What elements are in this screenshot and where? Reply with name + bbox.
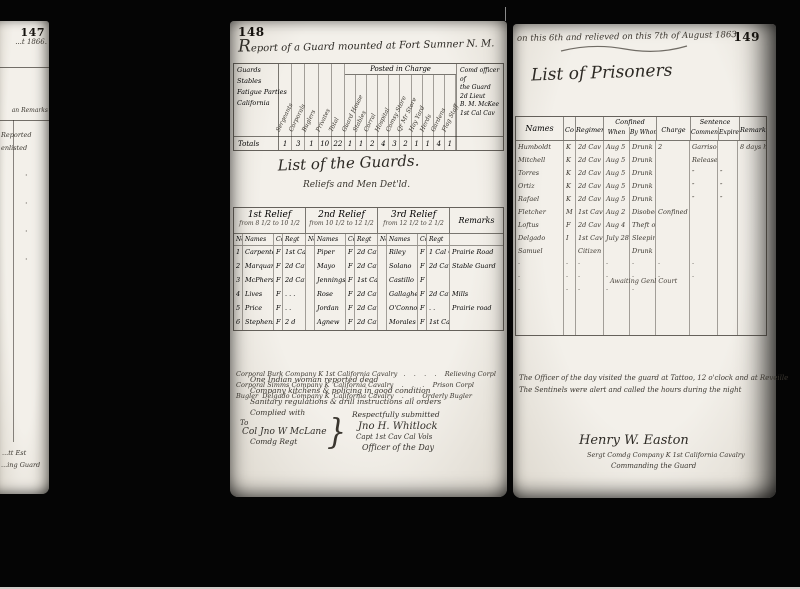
guard-name: O'Connor: [387, 302, 418, 316]
addressee-block: To Col Jno W McLane Comdg Regt: [242, 419, 327, 446]
guard-name: Gallagher: [387, 288, 418, 302]
guard-regt: 2d Cav: [427, 288, 450, 302]
guard-name: Stephens: [243, 316, 274, 330]
guard-regt: [427, 274, 450, 288]
guard-name: Carpenter: [243, 246, 274, 260]
guard-commander-signature: Henry W. Easton: [579, 433, 689, 448]
prisoner-name: ·: [516, 284, 564, 297]
prisoner-remark: [738, 284, 766, 297]
post-column: Comsy Store 3: [389, 75, 400, 150]
prisoner-row: Mitchell K 2d Cav Aug 5 Drunk on duty Re…: [516, 154, 766, 167]
relief-title: 2nd Relief: [306, 210, 377, 220]
prisoner-regt: 1st Cav: [576, 232, 604, 245]
prisoner-commenced: Garrison Court: [690, 141, 718, 154]
prisoner-when: ·: [604, 284, 630, 297]
column-total: 1: [279, 140, 291, 148]
prisoner-by-whom: Drunk on duty: [630, 180, 656, 193]
prisoner-name: Samuel: [516, 245, 564, 258]
rank-column: Privates 10: [319, 64, 332, 150]
prisoner-charge: [656, 193, 690, 206]
prisoner-when: [604, 245, 630, 258]
handwriting-fragment: ...tt Est: [2, 449, 26, 457]
page-148: 148 Report of a Guard mounted at Fort Su…: [230, 21, 507, 497]
prisoner-co: ·: [564, 258, 576, 271]
prisoner-row: Fletcher M 1st Cav Aug 2 Disobedience Co…: [516, 206, 766, 219]
prisoner-charge: [656, 167, 690, 180]
rule-line: [0, 67, 49, 68]
prisoner-commenced: [690, 206, 718, 219]
relief-1-header: 1st Relief from 8 1/2 to 10 1/2: [234, 208, 306, 233]
guard-regt: 1 Cal Cav: [427, 246, 450, 260]
guard-remark: Prairie road: [450, 302, 503, 316]
column-total: 2: [367, 140, 377, 148]
prisoner-co: F: [564, 219, 576, 232]
page-147-fragment: 147 ...t 1866. an Remarks Reported enlis…: [0, 21, 49, 494]
officer-signature: Jno H. Whitlock: [358, 421, 440, 432]
handwriting-fragment: ...ing Guard: [1, 461, 40, 469]
closing-line: The Officer of the day visited the guard…: [519, 372, 788, 384]
guard-name: McPherson: [243, 274, 274, 288]
column-total: 3: [292, 140, 304, 148]
relief-header-row: 1st Relief from 8 1/2 to 10 1/2 2nd Reli…: [234, 208, 503, 234]
detail-remarks: Comd officer ofthe Guard2d LieutB. M. Mc…: [457, 64, 503, 150]
guard-name: Castillo: [387, 274, 418, 288]
rule-line: [0, 120, 49, 121]
rank-column: Sergeants 1: [279, 64, 292, 150]
guard-co: F: [346, 302, 355, 316]
guard-regt: 2d Cav: [355, 316, 378, 330]
officer-rank: Capt 1st Cav Cal Vols: [356, 433, 440, 441]
guard-remark: Mills: [450, 288, 503, 302]
column-total: 4: [378, 140, 388, 148]
guard-co: F: [274, 302, 283, 316]
prisoner-when: Aug 5: [604, 154, 630, 167]
handwriting-fragment: an Remarks: [12, 107, 48, 114]
guard-regt: 2d Cav: [355, 246, 378, 260]
prisoner-co: K: [564, 167, 576, 180]
header-co: Co: [564, 117, 576, 140]
empty-cell: [564, 297, 576, 335]
rank-column: Buglers 1: [305, 64, 318, 150]
prisoner-when: Aug 5: [604, 167, 630, 180]
subheader-names: Names: [387, 234, 418, 245]
empty-cell: [604, 297, 630, 335]
prisoner-expires: [718, 206, 738, 219]
prisoner-by-whom: Theft of clothing: [630, 219, 656, 232]
prisoner-row: Delgado I 1st Cav July 28 Sleeping on po…: [516, 232, 766, 245]
column-total: 22: [332, 140, 344, 148]
guard-no: [378, 288, 387, 302]
guard-row: 2 Marquand F 2d Cav Mayo F 2d Cav Solano…: [234, 260, 503, 274]
prisoner-row: Humboldt K 2d Cav Aug 5 Drunk on duty 2 …: [516, 141, 766, 154]
prisoner-regt: 1st Cav: [576, 206, 604, 219]
guard-no: [306, 302, 315, 316]
column-total: 4: [434, 140, 444, 148]
remarks-line: 1st Cal Cav: [460, 110, 501, 119]
prisoner-regt: 2d Cav: [576, 193, 604, 206]
relief-title: 1st Relief: [234, 210, 305, 220]
prisoner-by-whom: ·: [630, 284, 656, 297]
prisoner-expires: [718, 219, 738, 232]
confined-group: Confined When By Whom: [604, 117, 657, 140]
remarks-line: the Guard: [460, 84, 501, 93]
row-label: California: [237, 99, 278, 107]
prisoner-name: ·: [516, 258, 564, 271]
detail-row-labels: GuardsStablesFatigue PartiesCalifornia: [234, 64, 279, 150]
post-column: Guard House 1: [345, 75, 356, 150]
guard-relief-table: 1st Relief from 8 1/2 to 10 1/2 2nd Reli…: [233, 207, 504, 331]
prisoner-by-whom: ·: [630, 258, 656, 271]
column-total: 10: [319, 140, 331, 148]
prisoner-regt: Citizen: [576, 245, 604, 258]
prisoner-charge: [656, 284, 690, 297]
report-title: Report of a Guard mounted at Fort Sumner…: [238, 31, 495, 56]
prisoner-co: K: [564, 154, 576, 167]
post-columns: Guard House 1 Stables 1 Corral 2: [345, 75, 456, 150]
ink-dot: ·: [25, 255, 28, 264]
respectfully-line: Respectfully submitted: [352, 410, 440, 419]
prisoner-expires: ″: [718, 193, 738, 206]
guard-name: Jennings: [315, 274, 346, 288]
prisoner-co: K: [564, 180, 576, 193]
note-line: Company kitchens & policing in good cond…: [250, 385, 441, 396]
guard-co: F: [418, 246, 427, 260]
posted-in-charge-group: Posted in Charge Guard House 1 Stables 1: [345, 64, 457, 150]
prisoner-by-whom: Drunk in Qrs: [630, 245, 656, 258]
guard-regt: 1st Cal: [427, 316, 450, 330]
guard-no: [378, 274, 387, 288]
row-label: Guards: [237, 66, 278, 74]
prisoner-remark: [738, 232, 766, 245]
note-line: One Indian woman reported dead: [250, 374, 441, 385]
guard-name: Piper: [315, 246, 346, 260]
officer-role: Officer of the Day: [362, 443, 440, 452]
spine-highlight: [505, 7, 506, 21]
rank-columns: Sergeants 1 Corporals 3 Buglers 1 P: [279, 64, 345, 150]
addressee-to: To: [240, 419, 327, 427]
closing-line: The Sentinels were alert and called the …: [519, 384, 788, 396]
prisoner-row: · · · · · · ·: [516, 258, 766, 271]
row-label: Stables: [237, 77, 278, 85]
prisoner-remark: [738, 193, 766, 206]
prisoner-by-whom: Drunk on duty: [630, 193, 656, 206]
post-column: Hay Yard 1: [412, 75, 423, 150]
guard-remark: Prairie Road: [450, 246, 503, 260]
prisoner-when: Aug 2: [604, 206, 630, 219]
handwriting-fragment: enlisted: [1, 144, 27, 152]
prisoner-row: Ortiz K 2d Cav Aug 5 Drunk on duty ″ ″: [516, 180, 766, 193]
empty-cell: [718, 297, 738, 335]
prisoner-expires: [718, 141, 738, 154]
guard-co: F: [274, 316, 283, 330]
prisoner-when: Aug 5: [604, 141, 630, 154]
empty-cell: [630, 297, 656, 335]
guard-name: Marquand: [243, 260, 274, 274]
prisoner-regt: 2d Cav: [576, 180, 604, 193]
ink-dot: ·: [25, 199, 28, 208]
post-column: Flag Staff 1: [445, 75, 456, 150]
prisoner-name: Loftus: [516, 219, 564, 232]
column-total: 3: [389, 140, 399, 148]
handwriting-fragment: ...t 1866.: [15, 38, 47, 46]
subheader-regt: Regt: [355, 234, 378, 245]
totals-label: Totals: [238, 140, 259, 148]
ink-dot: ·: [25, 227, 28, 236]
prisoner-co: M: [564, 206, 576, 219]
header-when: When: [604, 127, 630, 140]
prisoner-row: · · · · ·: [516, 284, 766, 297]
prisoner-by-whom: Drunk on duty: [630, 167, 656, 180]
header-expires: Expires: [719, 127, 739, 140]
prisoner-regt: 2d Cav: [576, 219, 604, 232]
guard-name: Morales: [387, 316, 418, 330]
guard-no: 1: [234, 246, 243, 260]
ink-dot: ·: [25, 171, 28, 180]
signature-block-148: Respectfully submitted Jno H. Whitlock C…: [352, 410, 440, 452]
prisoner-regt: ·: [576, 284, 604, 297]
guard-regt: 2d Cav: [355, 302, 378, 316]
guard-row: 3 McPherson F 2d Cav Jennings F 1st Cal …: [234, 274, 503, 288]
prisoner-when: July 28: [604, 232, 630, 245]
handwriting-fragment: Reported: [1, 131, 32, 139]
empty-cell: [576, 297, 604, 335]
guard-name: Lives: [243, 288, 274, 302]
guard-row: 5 Price F . . Jordan F 2d Cav O'Connor F…: [234, 302, 503, 316]
guard-regt: . . .: [283, 288, 306, 302]
guard-row: 1 Carpenter F 1st Cal Cav Piper F 2d Cav…: [234, 246, 503, 260]
column-total: 1: [356, 140, 366, 148]
prisoner-remark: [738, 206, 766, 219]
subheader-no: No: [306, 234, 315, 245]
subheader-spacer: [450, 234, 503, 245]
guard-no: [378, 260, 387, 274]
flourish-line: [559, 43, 689, 53]
prisoner-remark: 8 days hard labor: [738, 141, 766, 154]
prisoner-commenced: Released of drunkness: [690, 154, 718, 167]
page-number-149: 149: [733, 30, 760, 44]
relief-time: from 10 1/2 to 12 1/2: [306, 220, 377, 227]
post-column: Hospital 4: [378, 75, 389, 150]
guard-co: F: [346, 288, 355, 302]
guard-regt: 2d Cav: [427, 260, 450, 274]
prisoner-charge: [656, 245, 690, 258]
prisoner-charge: [656, 154, 690, 167]
guard-co: F: [418, 302, 427, 316]
prisoner-by-whom: Drunk on duty: [630, 141, 656, 154]
prisoner-commenced: [690, 284, 718, 297]
subheader-no: No: [234, 234, 243, 245]
post-column: Stables 1: [356, 75, 367, 150]
brace-mark: }: [327, 412, 346, 452]
relief-title: 3rd Relief: [378, 210, 449, 220]
post-column: Herds 1: [423, 75, 434, 150]
guard-no: 3: [234, 274, 243, 288]
prisoner-commenced: ″: [690, 180, 718, 193]
guard-no: 6: [234, 316, 243, 330]
header-charge: Charge: [657, 117, 691, 140]
header-confined: Confined: [604, 117, 656, 127]
guard-no: 5: [234, 302, 243, 316]
prisoner-remark: [738, 154, 766, 167]
awaiting-court-note: Awaiting Genl Court: [610, 277, 677, 285]
empty-cell: [516, 297, 564, 335]
prisoner-regt: 2d Cav: [576, 167, 604, 180]
prisoner-remark: [738, 245, 766, 258]
subheader-no: No: [378, 234, 387, 245]
header-sentence: Sentence: [691, 117, 739, 127]
guard-co: F: [418, 316, 427, 330]
prisoner-when: Aug 4: [604, 219, 630, 232]
prisoner-name: Delgado: [516, 232, 564, 245]
guard-regt: . .: [283, 302, 306, 316]
empty-cell: [690, 297, 718, 335]
guard-co: F: [418, 260, 427, 274]
guard-co: F: [346, 274, 355, 288]
relief-3-header: 3rd Relief from 12 1/2 to 2 1/2: [378, 208, 450, 233]
guard-no: [306, 274, 315, 288]
guard-commander-role: Commanding the Guard: [611, 462, 696, 470]
remarks-line: B. M. McKee: [460, 101, 501, 110]
prisoner-by-whom: Disobedience: [630, 206, 656, 219]
relief-2-header: 2nd Relief from 10 1/2 to 12 1/2: [306, 208, 378, 233]
page-149: 149 on this 6th and relieved on this 7th…: [513, 24, 776, 498]
prisoner-expires: ″: [718, 167, 738, 180]
span-header: Posted in Charge: [345, 64, 456, 75]
post-column: Corral 2: [367, 75, 378, 150]
guard-no: [306, 316, 315, 330]
guard-regt: 2 d: [283, 316, 306, 330]
guard-co: F: [274, 288, 283, 302]
addressee-title: Comdg Regt: [250, 437, 327, 446]
prisoner-when: Aug 5: [604, 180, 630, 193]
guard-regt: 2d Cav: [283, 260, 306, 274]
header-names: Names: [516, 117, 564, 140]
guard-no: [306, 246, 315, 260]
prisoner-co: ·: [564, 271, 576, 284]
prisoner-when: Aug 5: [604, 193, 630, 206]
prisoner-co: K: [564, 193, 576, 206]
prisoner-commenced: ″: [690, 167, 718, 180]
prisoner-header-row: Names Co Regiment Confined When By Whom …: [516, 117, 766, 141]
prisoner-co: ·: [564, 284, 576, 297]
prisoner-remark: [738, 258, 766, 271]
prisoner-commenced: ·: [690, 258, 718, 271]
prisoner-regt: 2d Cav: [576, 141, 604, 154]
prisoner-remark: [738, 167, 766, 180]
guard-name: Riley: [387, 246, 418, 260]
prisoner-expires: ″: [718, 180, 738, 193]
prisoner-name: Rafael: [516, 193, 564, 206]
prisoner-expires: [718, 284, 738, 297]
prisoner-expires: [718, 271, 738, 284]
empty-cell: [738, 297, 766, 335]
prisoner-regt: 2d Cav: [576, 154, 604, 167]
relief-rows: 1 Carpenter F 1st Cal Cav Piper F 2d Cav…: [234, 246, 503, 330]
prisoner-name: Fletcher: [516, 206, 564, 219]
officer-of-day-remarks: The Officer of the day visited the guard…: [519, 372, 788, 396]
guard-remark: [450, 274, 503, 288]
column-total: 1: [345, 140, 355, 148]
prisoner-expires: [718, 258, 738, 271]
column-total: 1: [423, 140, 433, 148]
guard-co: F: [346, 246, 355, 260]
prisoner-co: I: [564, 232, 576, 245]
remarks-line: 2d Lieut: [460, 93, 501, 102]
guard-co: F: [418, 274, 427, 288]
prisoner-name: ·: [516, 271, 564, 284]
guard-name: Solano: [387, 260, 418, 274]
guard-regt: 2d Cav: [355, 260, 378, 274]
guard-name: Rose: [315, 288, 346, 302]
column-total: 1: [305, 140, 317, 148]
prisoner-rows: Humboldt K 2d Cav Aug 5 Drunk on duty 2 …: [516, 141, 766, 297]
guard-remark: [450, 316, 503, 330]
prisoner-row: Samuel Citizen Drunk in Qrs: [516, 245, 766, 258]
addressee-name: Col Jno W McLane: [242, 427, 327, 437]
guard-row: 4 Lives F . . . Rose F 2d Cav Gallagher …: [234, 288, 503, 302]
guard-name: Jordan: [315, 302, 346, 316]
empty-ruled-area: [516, 297, 766, 335]
guard-name: Mayo: [315, 260, 346, 274]
rank-column: Corporals 3: [292, 64, 305, 150]
guard-regt: . .: [427, 302, 450, 316]
confined-subheaders: When By Whom: [604, 127, 656, 140]
guard-co: F: [346, 316, 355, 330]
list-of-prisoners-title: List of Prisoners: [531, 61, 673, 86]
guard-no: [306, 288, 315, 302]
guard-no: 2: [234, 260, 243, 274]
microfilm-scan: 147 ...t 1866. an Remarks Reported enlis…: [0, 0, 800, 589]
guard-regt: 2d Cav: [283, 274, 306, 288]
prisoner-row: Rafael K 2d Cav Aug 5 Drunk on duty ″ ″: [516, 193, 766, 206]
prisoner-row: Torres K 2d Cav Aug 5 Drunk on duty ″ ″: [516, 167, 766, 180]
prisoner-charge: Confined: [656, 206, 690, 219]
empty-cell: [656, 297, 690, 335]
subheader-regt: Regt: [427, 234, 450, 245]
prisoner-name: Humboldt: [516, 141, 564, 154]
prisoner-by-whom: Sleeping on post: [630, 232, 656, 245]
relief-time: from 12 1/2 to 2 1/2: [378, 220, 449, 227]
prisoner-co: [564, 245, 576, 258]
prisoner-name: Mitchell: [516, 154, 564, 167]
prisoner-name: Torres: [516, 167, 564, 180]
prisoner-expires: [718, 232, 738, 245]
guard-co: F: [274, 246, 283, 260]
subheader-regt: Regt: [283, 234, 306, 245]
post-column: Gardens 4: [434, 75, 445, 150]
subheader-co: Co: [418, 234, 427, 245]
subheader-co: Co: [274, 234, 283, 245]
prisoner-commenced: [690, 232, 718, 245]
relief-subheader-row: No Names Co Regt No Names Co Regt No Nam…: [234, 234, 503, 246]
prisoner-commenced: ·: [690, 271, 718, 284]
prisoner-co: K: [564, 141, 576, 154]
guard-co: F: [418, 288, 427, 302]
prisoner-by-whom: Drunk on duty: [630, 154, 656, 167]
guard-row: 6 Stephens F 2 d Agnew F 2d Cav Morales …: [234, 316, 503, 330]
rank-column: Total 22: [332, 64, 345, 150]
prisoner-remark: [738, 180, 766, 193]
prisoner-commenced: [690, 245, 718, 258]
column-total: 1: [412, 140, 422, 148]
list-of-guards-title: List of the Guards.: [230, 150, 467, 176]
header-by-whom: By Whom: [630, 127, 656, 140]
relief-remarks-header: Remarks: [450, 208, 503, 233]
prisoner-charge: [656, 232, 690, 245]
prisoner-table: Names Co Regiment Confined When By Whom …: [515, 116, 767, 336]
guard-detail-table: GuardsStablesFatigue PartiesCalifornia T…: [233, 63, 504, 151]
column-total: 1: [445, 140, 455, 148]
